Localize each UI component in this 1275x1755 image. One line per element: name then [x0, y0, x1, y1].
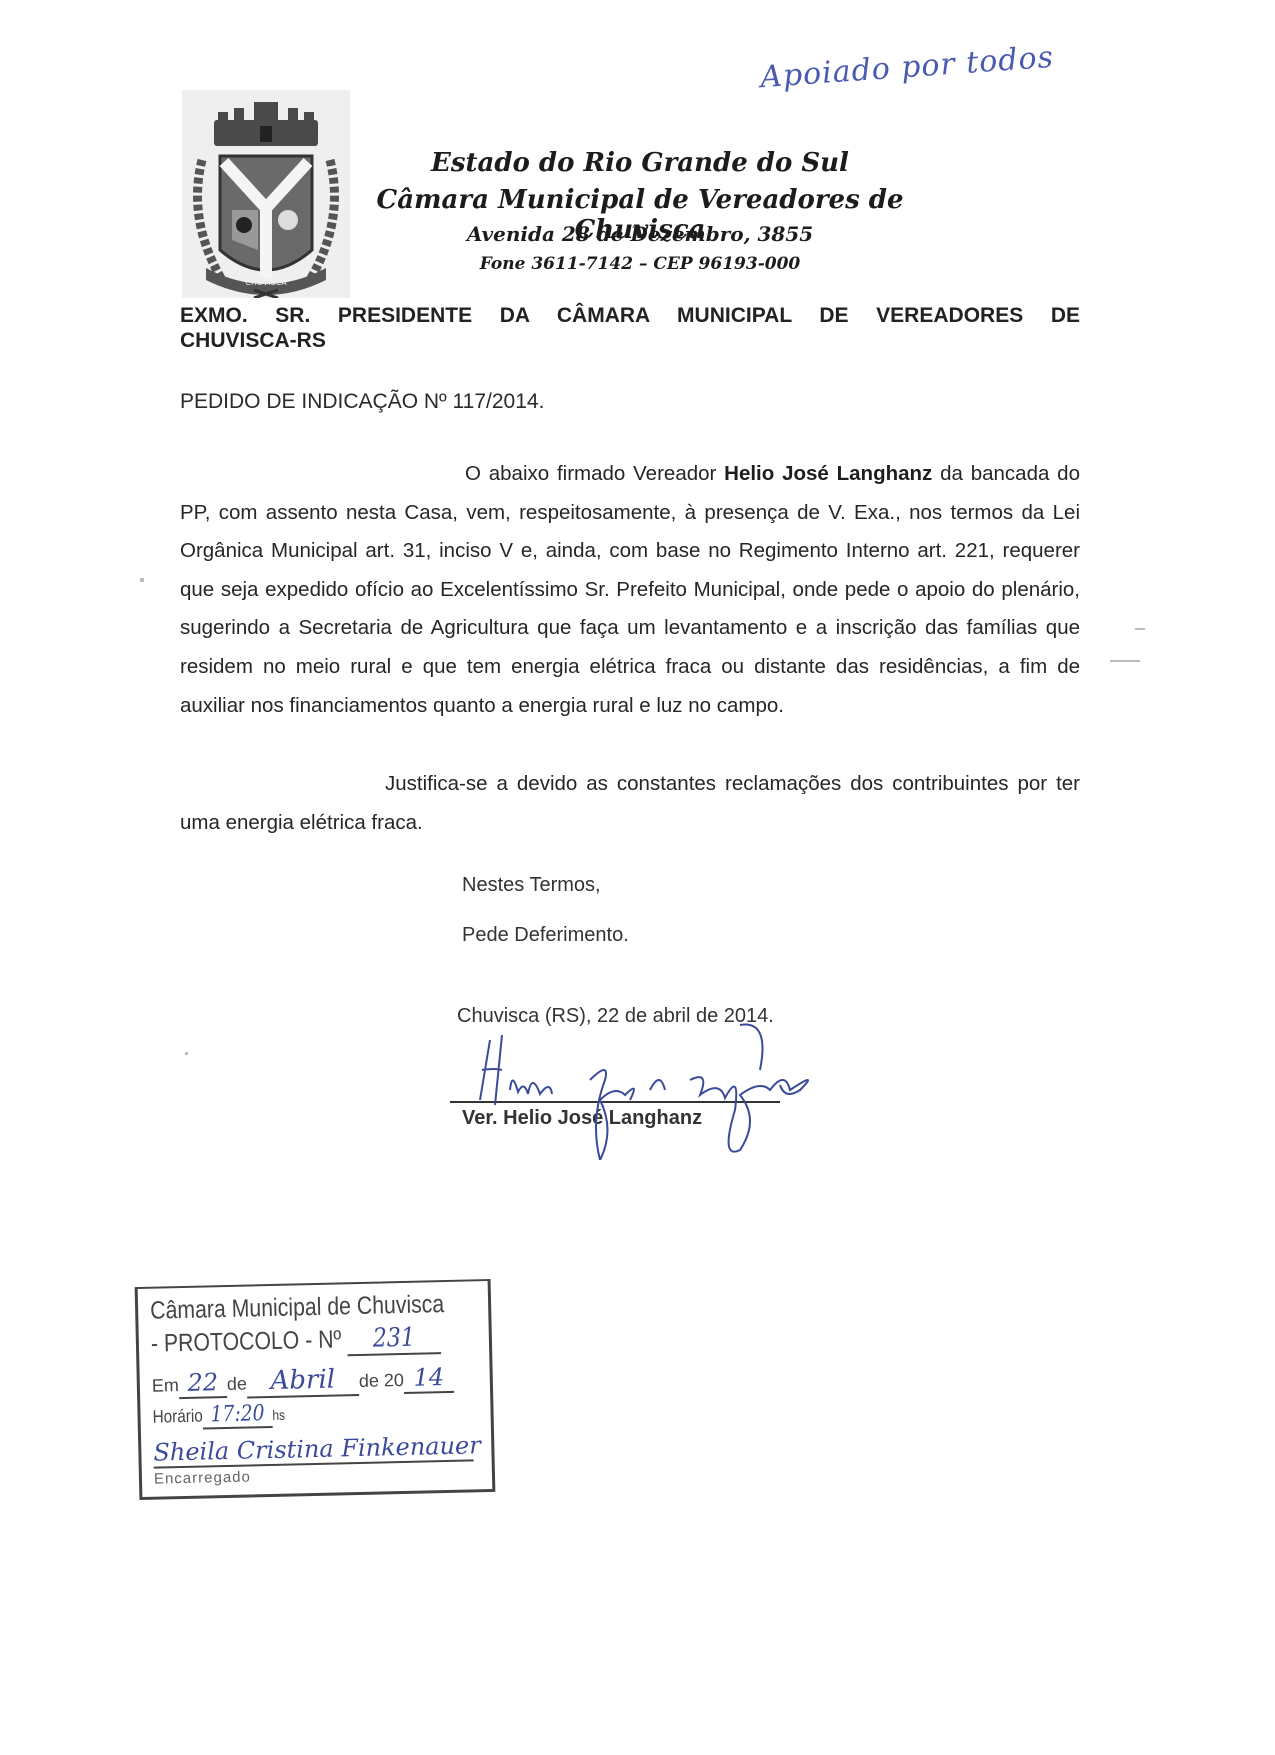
stamp-time-row: Horário17:20hs	[152, 1401, 285, 1431]
protocol-label: - PROTOCOLO - Nº	[151, 1325, 342, 1357]
stamp-day: 22	[179, 1368, 228, 1399]
body-intro: O abaixo firmado Vereador	[465, 462, 724, 485]
councillor-name: Helio José Langhanz	[724, 462, 932, 485]
clerk-role: Encarregado	[154, 1468, 251, 1487]
year-prefix: de 20	[359, 1370, 404, 1391]
coat-of-arms-icon: CHUVISCA	[182, 90, 350, 298]
request-body: O abaixo firmado Vereador Helio José Lan…	[180, 455, 1080, 725]
stamp-month: Abril	[246, 1364, 359, 1399]
time-label: Horário	[152, 1406, 203, 1427]
svg-text:CHUVISCA: CHUVISCA	[245, 278, 287, 287]
de-label: de	[227, 1374, 247, 1394]
clerk-signature: Sheila Cristina Finkenauer	[153, 1431, 474, 1468]
request-title: PEDIDO DE INDICAÇÃO Nº 117/2014.	[180, 390, 544, 414]
protocol-stamp: Câmara Municipal de Chuvisca - PROTOCOLO…	[135, 1279, 496, 1500]
em-label: Em	[152, 1375, 179, 1396]
time-unit: hs	[272, 1407, 285, 1423]
stamp-title: Câmara Municipal de Chuvisca	[150, 1290, 445, 1326]
scan-speck	[1110, 660, 1140, 662]
protocol-number: 231	[347, 1322, 441, 1356]
handwritten-signature-icon	[440, 1010, 920, 1160]
letterhead-address: Avenida 28 de Dezembro, 3855	[340, 222, 940, 246]
closing-request: Pede Deferimento.	[462, 924, 629, 947]
stamp-time: 17:20	[202, 1401, 272, 1430]
handwritten-approval-note: Apoiado por todos	[759, 40, 1055, 95]
addressee-line-1: EXMO. SR. PRESIDENTE DA CÂMARA MUNICIPAL…	[180, 302, 1080, 329]
justification: Justifica-se a devido as constantes recl…	[180, 765, 1080, 842]
stamp-date-row: Em22deAbrilde 2014	[151, 1362, 454, 1401]
stamp-year: 14	[404, 1363, 455, 1394]
letterhead-contact: Fone 3611-7142 – CEP 96193-000	[340, 254, 940, 274]
stamp-protocol-row: - PROTOCOLO - Nº 231	[151, 1322, 441, 1361]
body-text: da bancada do PP, com assento nesta Casa…	[180, 462, 1080, 717]
letterhead-state: Estado do Rio Grande do Sul	[340, 148, 940, 178]
closing-terms: Nestes Termos,	[462, 874, 601, 897]
scan-speck	[140, 578, 144, 582]
justification-text: Justifica-se a devido as constantes recl…	[180, 765, 1080, 842]
scan-speck	[1135, 628, 1145, 630]
scan-speck	[185, 1052, 188, 1055]
addressee-line-2: CHUVISCA-RS	[180, 329, 326, 353]
